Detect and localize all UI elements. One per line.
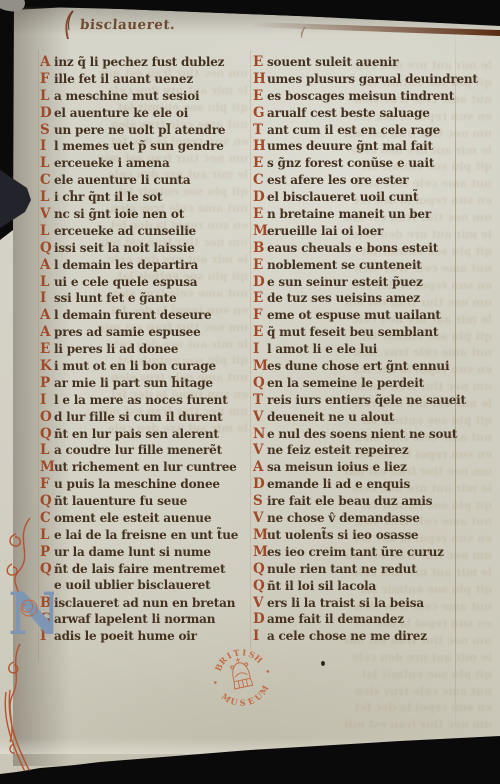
- verse-line: Vne feiz esteit repeirez: [253, 442, 478, 459]
- line-initial: V: [253, 409, 267, 425]
- line-initial: L: [40, 155, 54, 171]
- line-initial: F: [253, 307, 267, 323]
- verse-line: e uoil ublier bisclaueret: [40, 578, 238, 595]
- illuminated-initial-letter: N: [8, 580, 54, 648]
- line-text: souent suleit auenir: [267, 55, 398, 69]
- show-through-line: qit plu soe entmir lat: [322, 667, 492, 684]
- verse-line: Del bisclaueret uoil cunt̃: [253, 189, 478, 206]
- verse-line: Ki mut ot en li bon curage: [40, 358, 238, 375]
- line-text: a coudre lur fille menerẽt: [54, 443, 222, 457]
- verse-line: Mes dune chose ert g̃nt ennui: [253, 358, 478, 375]
- line-initial: P: [40, 375, 54, 391]
- line-text: q̃ mut feseit beu semblant: [267, 325, 438, 339]
- verse-line: Esouent suleit auenir: [253, 54, 478, 71]
- verse-line: Od lur fille si cum il durent: [40, 409, 238, 426]
- line-text: ne chose v̂ demandasse: [267, 511, 420, 525]
- line-initial: V: [40, 206, 54, 222]
- line-initial: E: [253, 88, 267, 104]
- verse-line: Ede tuz ses ueisins amez: [253, 290, 478, 307]
- verse-line: Fu puis la meschine donee: [40, 476, 238, 493]
- line-initial: V: [253, 510, 267, 526]
- verse-line: Asa meisun ioius e liez: [253, 459, 478, 476]
- line-text: adis le poeit hume oir: [54, 629, 197, 643]
- line-initial: E: [253, 155, 267, 171]
- line-initial: V: [253, 595, 267, 611]
- text-column-right: Esouent suleit auenirHumes plusurs garua…: [253, 54, 478, 645]
- line-text: l demain furent deseure: [54, 308, 211, 322]
- decorated-initial: N: [0, 512, 54, 784]
- stamp-letter: U: [229, 696, 239, 708]
- verse-line: Humes deuure g̃nt mal fait: [253, 138, 478, 155]
- verse-line: Demande li ad e enquis: [253, 476, 478, 493]
- verse-line: Tant cum il est en cele rage: [253, 122, 478, 139]
- line-initial: T: [253, 122, 267, 138]
- verse-line: Bisclaueret ad nun en bretan: [40, 595, 238, 612]
- line-initial: A: [40, 324, 54, 340]
- verse-line: Qñt de lais faire mentremet: [40, 561, 238, 578]
- line-text: en la semeine le perdeit: [267, 376, 424, 390]
- show-through-line: le mir aut nre deu cele: [322, 650, 492, 667]
- line-initial: V: [253, 442, 267, 458]
- line-text: erceueke ad cunseilie: [54, 224, 196, 238]
- verse-line: Garwaf lapelent li norman: [40, 611, 238, 628]
- line-text: u puis la meschine donee: [54, 477, 220, 491]
- line-text: erceueke i amena: [54, 156, 170, 170]
- verse-line: Al demain les departira: [40, 257, 238, 274]
- line-text: de tuz ses ueisins amez: [267, 291, 420, 305]
- line-text: es dune chose ert g̃nt ennui: [267, 359, 449, 373]
- verse-line: De sun seinur esteit p̃uez: [253, 274, 478, 291]
- line-initial: Q: [40, 493, 54, 509]
- verse-line: Iadis le poeit hume oir: [40, 628, 238, 645]
- line-text: ur la dame lunt si nume: [54, 545, 211, 559]
- line-text: i ch̃r q̃nt il le sot: [54, 190, 162, 204]
- verse-line: Qñt en lur pais sen alerent: [40, 426, 238, 443]
- line-text: ers li la traist si la beisa: [267, 596, 424, 610]
- verse-line: Par mie li part sun h̃itage: [40, 375, 238, 392]
- verse-line: Lerceueke i amena: [40, 155, 238, 172]
- line-text: l memes uet p̃ sun gendre: [54, 139, 224, 153]
- verse-line: Fille fet il auant uenez: [40, 71, 238, 88]
- page-title: bisclaueret.: [79, 17, 175, 33]
- verse-line: Qissi seit la noit laissie: [40, 240, 238, 257]
- show-through-line: nut ame cele truv sien: [322, 684, 492, 701]
- line-text: ssi lunt fet e g̃ante: [54, 291, 176, 305]
- line-initial: S: [40, 122, 54, 138]
- verse-line: Eli peres li ad donee: [40, 341, 238, 358]
- line-text: deueneit ne u alout: [267, 410, 394, 424]
- line-initial: A: [40, 257, 54, 273]
- line-text: e nul des soens nient ne sout: [267, 427, 457, 441]
- line-initial: I: [40, 290, 54, 306]
- verse-line: Ees boscages meisun tindrent: [253, 88, 478, 105]
- line-text: a cele chose ne me direz: [267, 629, 427, 643]
- verse-line: Ainz q̃ li pechez fust dublez: [40, 54, 238, 71]
- line-text: el bisclaueret uoil cunt̃: [267, 190, 418, 204]
- verse-line: Mes ieo creim tant ũre curuz: [253, 544, 478, 561]
- line-text: est afere les ore ester: [267, 173, 408, 187]
- verse-line: Sun pere ne uolt pl̃ atendre: [40, 122, 238, 139]
- line-text: d lur fille si cum il durent: [54, 410, 222, 424]
- line-initial: D: [253, 274, 267, 290]
- line-text: nc si g̃nt ioie nen ot: [54, 207, 184, 221]
- verse-line: Il e la mere as noces furent: [40, 392, 238, 409]
- line-initial: H: [253, 71, 267, 87]
- line-text: li peres li ad donee: [54, 342, 178, 356]
- line-initial: A: [40, 54, 54, 70]
- line-initial: M: [40, 459, 54, 475]
- line-initial: H: [253, 138, 267, 154]
- show-through-line: um nec tiur fran est mir: [322, 717, 492, 734]
- verse-line: Eq̃ mut feseit beu semblant: [253, 324, 478, 341]
- header-paraph-icon: [62, 10, 76, 40]
- verse-line: Issi lunt fet e g̃ante: [40, 290, 238, 307]
- verse-line: En bretaine maneit un ber: [253, 206, 478, 223]
- verse-line: Il amot li e ele lui: [253, 341, 478, 358]
- page-header: bisclaueret.: [62, 10, 175, 40]
- line-initial: T: [253, 392, 267, 408]
- line-initial: E: [40, 341, 54, 357]
- line-text: nule rien tant ne redut: [267, 562, 417, 576]
- line-initial: Q: [253, 578, 267, 594]
- line-initial: E: [253, 54, 267, 70]
- line-initial: D: [253, 189, 267, 205]
- verse-line: Vnc si g̃nt ioie nen ot: [40, 206, 238, 223]
- crown-icon: [228, 656, 252, 689]
- line-text: e lai de la freisne en unt t̃ue: [54, 528, 238, 542]
- verse-line: Le lai de la freisne en unt t̃ue: [40, 527, 238, 544]
- line-initial: L: [40, 223, 54, 239]
- line-initial: E: [253, 324, 267, 340]
- verse-line: Pur la dame lunt si nume: [40, 544, 238, 561]
- line-text: erueille lai oi loer: [267, 224, 383, 238]
- ruling-line-middle: [250, 50, 251, 650]
- line-text: ar mie li part sun h̃itage: [54, 376, 213, 390]
- stamp-letter: I: [242, 647, 247, 657]
- line-text: oment ele esteit auenue: [54, 511, 211, 525]
- verse-line: Enoblement se cunteneit: [253, 257, 478, 274]
- line-text: e uoil ublier bisclaueret: [54, 578, 210, 592]
- line-initial: A: [40, 307, 54, 323]
- line-text: eme ot espuse mut uailant: [267, 308, 441, 322]
- line-initial: L: [40, 442, 54, 458]
- text-column-left: Ainz q̃ li pechez fust dublezFille fet i…: [40, 54, 238, 645]
- line-initial: E: [253, 257, 267, 273]
- line-text: issi seit la noit laissie: [54, 241, 195, 255]
- line-initial: M: [253, 527, 267, 543]
- line-text: reis iurs entiers q̃ele ne saueit: [267, 393, 466, 407]
- line-initial: G: [253, 105, 267, 121]
- verse-line: Ne nul des soens nient ne sout: [253, 426, 478, 443]
- line-initial: I: [253, 341, 267, 357]
- verse-line: Cele auenture li cunta: [40, 172, 238, 189]
- stamp-dot-right: [266, 670, 269, 673]
- line-text: n bretaine maneit un ber: [267, 207, 431, 221]
- line-text: ñt en lur pais sen alerent: [54, 427, 219, 441]
- line-text: es ieo creim tant ũre curuz: [267, 545, 444, 559]
- verse-line: Al demain furent deseure: [40, 307, 238, 324]
- line-initial: I: [40, 392, 54, 408]
- line-text: ne feiz esteit repeirez: [267, 443, 408, 457]
- line-text: ñt de lais faire mentremet: [54, 562, 225, 576]
- verse-line: Cest afere les ore ester: [253, 172, 478, 189]
- verse-line: Dame fait il demandez: [253, 611, 478, 628]
- line-text: noblement se cunteneit: [267, 258, 422, 272]
- line-text: i mut ot en li bon curage: [54, 359, 216, 373]
- verse-line: Qñt il loi sil lacola: [253, 578, 478, 595]
- stamp-letter: S: [239, 698, 245, 708]
- verse-line: Vne chose v̂ demandasse: [253, 510, 478, 527]
- line-initial: D: [40, 105, 54, 121]
- verse-line: Qen la semeine le perdeit: [253, 375, 478, 392]
- line-initial: E: [253, 206, 267, 222]
- line-text: un pere ne uolt pl̃ atendre: [54, 123, 225, 137]
- line-initial: M: [253, 223, 267, 239]
- line-initial: C: [253, 172, 267, 188]
- line-initial: L: [40, 189, 54, 205]
- verse-line: Qnule rien tant ne redut: [253, 561, 478, 578]
- line-initial: D: [253, 611, 267, 627]
- line-text: ut uolent̃s si ieo osasse: [267, 528, 418, 542]
- line-text: ame fait il demandez: [267, 612, 404, 626]
- verse-line: La meschine mut sesioi: [40, 88, 238, 105]
- line-text: arwaf lapelent li norman: [54, 612, 215, 626]
- verse-line: Es g̃nz forest conũse e uait: [253, 155, 478, 172]
- line-text: ui e cele quele espusa: [54, 275, 197, 289]
- line-initial: S: [253, 493, 267, 509]
- line-initial: Q: [253, 375, 267, 391]
- line-text: l demain les departira: [54, 258, 198, 272]
- verse-line: Il memes uet p̃ sun gendre: [40, 138, 238, 155]
- line-initial: L: [40, 88, 54, 104]
- line-text: ant cum il est en cele rage: [267, 123, 440, 137]
- verse-line: La coudre lur fille menerẽt: [40, 442, 238, 459]
- line-text: ñt il loi sil lacola: [267, 579, 376, 593]
- verse-line: Apres ad samie espusee: [40, 324, 238, 341]
- verse-line: Vers li la traist si la beisa: [253, 595, 478, 612]
- line-initial: E: [253, 290, 267, 306]
- line-initial: Q: [40, 240, 54, 256]
- line-initial: O: [40, 409, 54, 425]
- verse-line: Beaus cheuals e bons esteit: [253, 240, 478, 257]
- line-initial: Q: [40, 426, 54, 442]
- line-initial: N: [253, 426, 267, 442]
- line-initial: D: [253, 476, 267, 492]
- stamp-dot-left: [214, 681, 217, 684]
- verse-line: Ia cele chose ne me direz: [253, 628, 478, 645]
- line-text: ñt lauenture fu seue: [54, 494, 187, 508]
- verse-line: Lui e cele quele espusa: [40, 274, 238, 291]
- line-text: isclaueret ad nun en bretan: [54, 596, 235, 610]
- verse-line: Li ch̃r q̃nt il le sot: [40, 189, 238, 206]
- line-text: umes deuure g̃nt mal fait: [267, 139, 433, 153]
- line-initial: L: [40, 274, 54, 290]
- line-initial: I: [40, 138, 54, 154]
- line-text: sa meisun ioius e liez: [267, 460, 407, 474]
- line-text: es boscages meisun tindrent: [267, 89, 454, 103]
- verse-line: Treis iurs entiers q̃ele ne saueit: [253, 392, 478, 409]
- verse-line: Sire fait ele beau duz amis: [253, 493, 478, 510]
- line-text: eaus cheuals e bons esteit: [267, 241, 438, 255]
- line-text: arualf cest beste saluage: [267, 106, 430, 120]
- line-text: a meschine mut sesioi: [54, 89, 199, 103]
- verse-line: Mut uolent̃s si ieo osasse: [253, 527, 478, 544]
- line-text: ire fait ele beau duz amis: [267, 494, 432, 508]
- line-text: ut richement en lur cuntree: [54, 460, 237, 474]
- line-text: pres ad samie espusee: [54, 325, 201, 339]
- verse-line: Garualf cest beste saluage: [253, 105, 478, 122]
- verse-line: Vdeueneit ne u alout: [253, 409, 478, 426]
- verse-line: Feme ot espuse mut uailant: [253, 307, 478, 324]
- line-text: s g̃nz forest conũse e uait: [267, 156, 434, 170]
- verse-line: Humes plusurs garual deuindrent: [253, 71, 478, 88]
- line-initial: F: [40, 476, 54, 492]
- line-text: l amot li e ele lui: [267, 342, 377, 356]
- verse-line: Qñt lauenture fu seue: [40, 493, 238, 510]
- line-text: el auenture ke ele oi: [54, 106, 188, 120]
- verse-line: Mut richement en lur cuntree: [40, 459, 238, 476]
- ink-speck: [321, 661, 325, 666]
- line-initial: B: [253, 240, 267, 256]
- verse-line: Coment ele esteit auenue: [40, 510, 238, 527]
- line-text: inz q̃ li pechez fust dublez: [54, 55, 224, 69]
- line-initial: M: [253, 544, 267, 560]
- line-initial: F: [40, 71, 54, 87]
- line-text: ele auenture li cunta: [54, 173, 190, 187]
- british-museum-stamp: BRITISH MUSEUM: [201, 638, 282, 721]
- manuscript-photo: { "header": { "title": "bisclaueret." },…: [0, 0, 500, 784]
- line-text: l e la mere as noces furent: [54, 393, 228, 407]
- verse-line: Lerceueke ad cunseilie: [40, 223, 238, 240]
- line-initial: A: [253, 459, 267, 475]
- verse-line: Del auenture ke ele oi: [40, 105, 238, 122]
- verse-line: Merueille lai oi loer: [253, 223, 478, 240]
- line-initial: Q: [253, 561, 267, 577]
- line-text: e sun seinur esteit p̃uez: [267, 275, 423, 289]
- line-text: umes plusurs garual deuindrent: [267, 72, 478, 86]
- line-initial: C: [40, 172, 54, 188]
- show-through-line: en sun repoi la dec fet: [322, 700, 492, 717]
- line-initial: K: [40, 358, 54, 374]
- stamp-letter: T: [232, 647, 241, 658]
- line-initial: M: [253, 358, 267, 374]
- line-text: ille fet il auant uenez: [54, 72, 193, 86]
- line-text: emande li ad e enquis: [267, 477, 410, 491]
